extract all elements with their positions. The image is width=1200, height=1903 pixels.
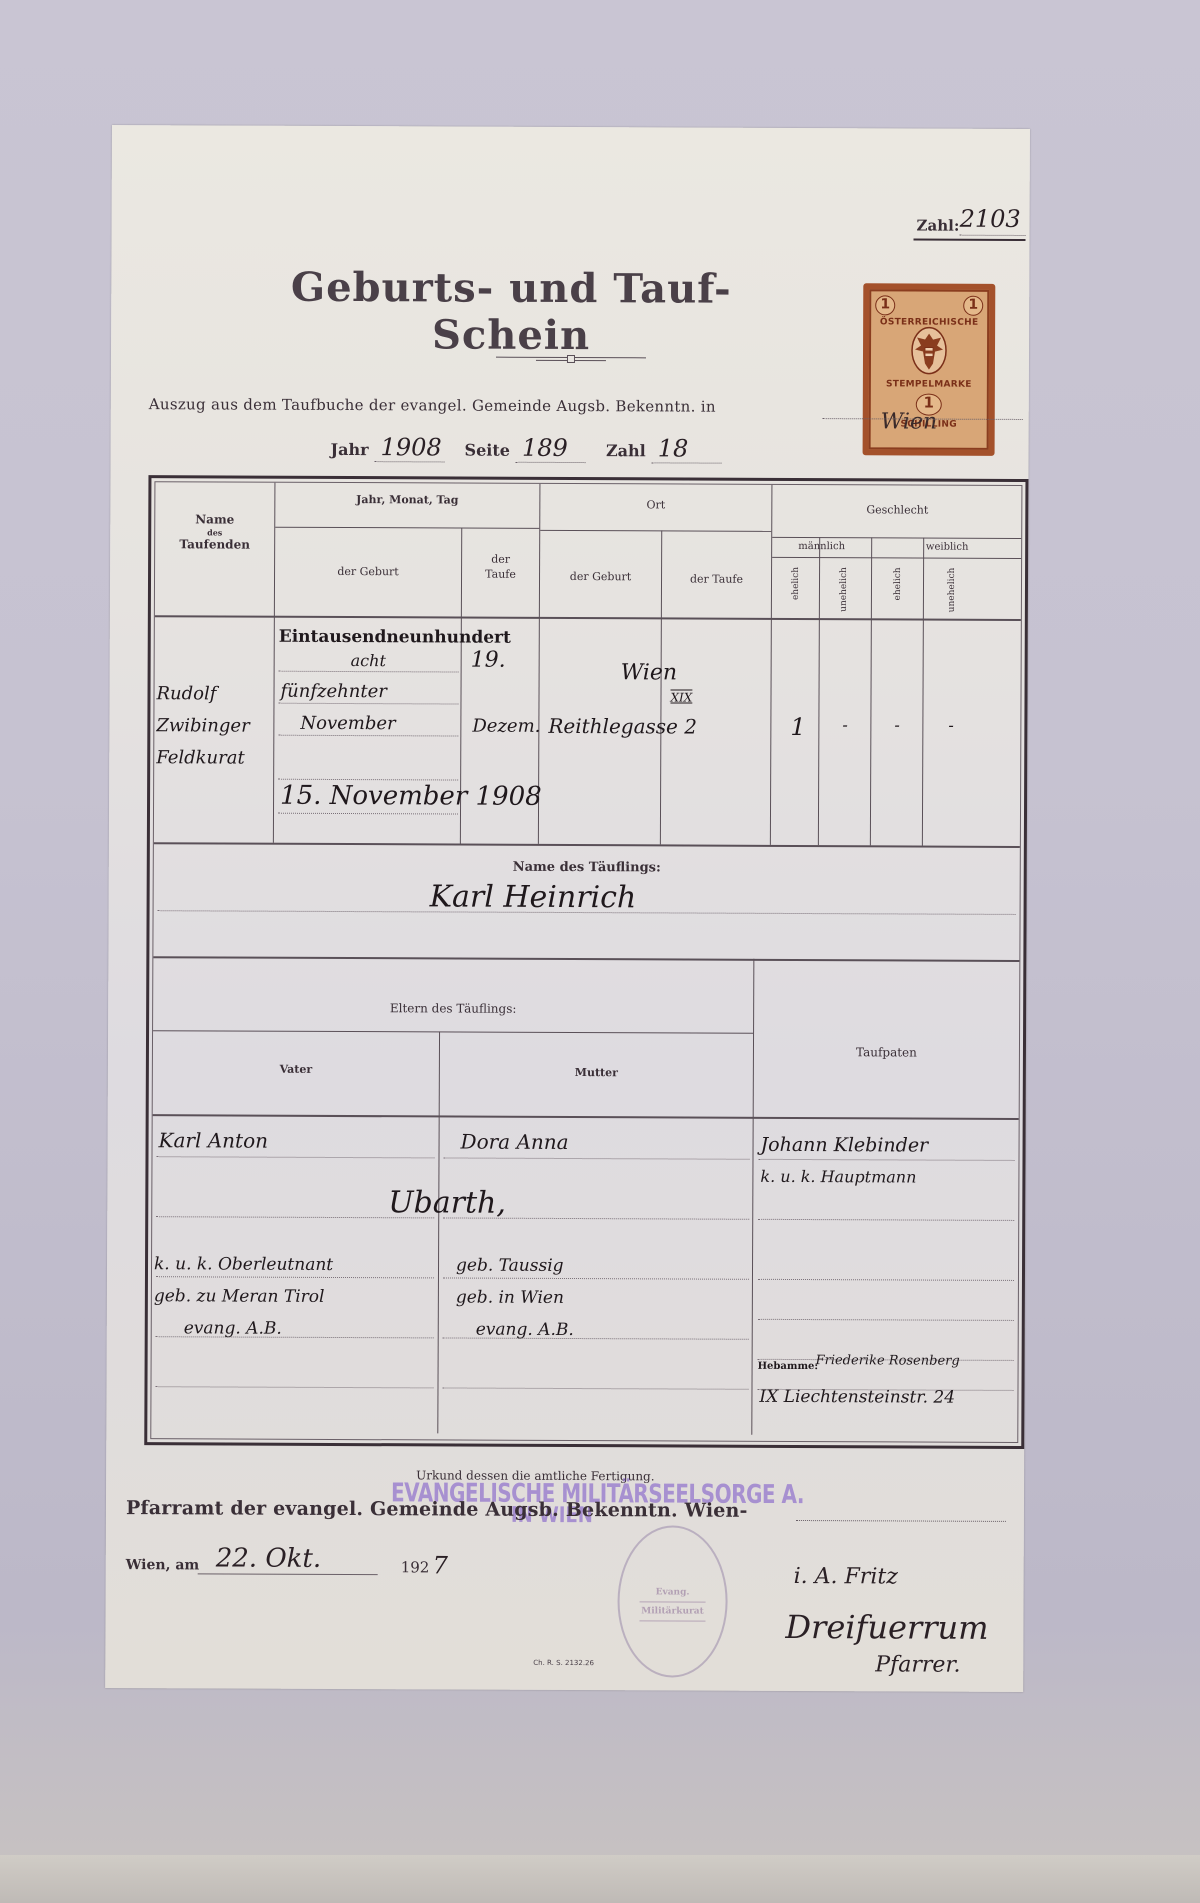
parents-dotted-line (442, 1387, 748, 1389)
stamp-cancellation-handwriting: Wien (881, 409, 938, 434)
birth-baptism-certificate: Zahl: 2103 Geburts- und Tauf-Schein 1 1 … (105, 125, 1030, 1692)
geschlecht-subheader-rule-2 (772, 557, 1021, 559)
signature-title: Pfarrer. (875, 1652, 960, 1677)
document-title: Geburts- und Tauf-Schein (261, 264, 761, 360)
entry-birthplace-street: Reithlegasse 2 (548, 714, 697, 739)
certificate-number-value: 2103 (960, 205, 1021, 233)
frame-mat-bottom (0, 1855, 1200, 1903)
issue-date-line (198, 1573, 378, 1575)
header-place-der-geburt: der Geburt (540, 570, 661, 584)
parents-dotted-line (443, 1157, 749, 1159)
col-divider-weiblich (922, 538, 924, 846)
header-maennlich-unehelich: unehelich (839, 567, 849, 612)
register-reference-row: Jahr 1908 Seite 189 Zahl 18 (331, 433, 722, 464)
mutter-given-names: Dora Anna (461, 1130, 569, 1154)
col-divider-ort (770, 485, 773, 845)
paten-dotted-line (758, 1279, 1014, 1281)
col-divider-maennlich (818, 537, 820, 845)
entry-dotted-line (278, 735, 458, 737)
printer-form-code: Ch. R. S. 2132.26 (533, 1659, 594, 1667)
mutter-label: Mutter (440, 1065, 753, 1079)
paten-dotted-line (758, 1319, 1014, 1321)
col-divider-mutter-paten (751, 959, 754, 1435)
col-divider-vater-mutter (437, 1031, 440, 1433)
hebamme-label: Hebamme: (758, 1361, 819, 1372)
title-ornament-divider (496, 355, 646, 364)
taufpaten-label: Taufpaten (754, 1045, 1019, 1060)
header-bottom-rule (155, 615, 1021, 621)
register-number-label: Zahl (606, 441, 646, 460)
vater-label: Vater (153, 1062, 439, 1076)
entry-bottom-rule (154, 842, 1020, 848)
header-maennlich: männlich (772, 541, 871, 552)
register-year-value: 1908 (375, 433, 445, 462)
hebamme-name: Friederike Rosenberg (816, 1353, 960, 1369)
register-table: Name des Taufenden Jahr, Monat, Tag der … (144, 475, 1028, 1449)
header-date-der-taufe: der Taufe (462, 552, 539, 582)
taeufling-name: Karl Heinrich (430, 879, 637, 915)
header-jahr-monat-tag: Jahr, Monat, Tag (275, 493, 539, 507)
register-number-value: 18 (652, 434, 722, 463)
header-geschlecht: Geschlecht (772, 503, 1022, 517)
register-page-label: Seite (465, 441, 510, 460)
certificate-number-underline (914, 238, 1026, 240)
revenue-stamp: 1 1 ÖSTERREICHISCHE STEMPELMARKE 1 SCHIL… (863, 283, 996, 456)
entry-birth-year-printed: Eintausendneunhundert (279, 627, 511, 648)
entry-baptism-day: 19. (471, 648, 506, 673)
signature-line-1: i. A. Fritz (794, 1564, 898, 1589)
parents-header-bottom-rule (153, 1114, 1019, 1120)
taeufling-bottom-rule (153, 956, 1019, 962)
signature-name: Dreifuerrum (785, 1608, 988, 1647)
issue-year-digit: 7 (433, 1551, 448, 1579)
entry-officiant-name: Rudolf Zwibinger Feldkurat (156, 678, 250, 774)
header-name-des-taufenden: Name des Taufenden (155, 512, 274, 553)
stamp-value-top-right: 1 (963, 296, 983, 316)
place-date-label: Wien, am (126, 1557, 200, 1573)
eltern-subheader-rule (153, 1030, 753, 1034)
header-ort: Ort (540, 498, 771, 512)
entry-birth-year-hand: acht (351, 651, 386, 670)
official-round-seal: Evang. Militärkurat (617, 1525, 728, 1677)
register-page-value: 189 (516, 434, 586, 463)
eltern-label: Eltern des Täuflings: (153, 1000, 753, 1017)
entry-dotted-line (279, 671, 459, 673)
parish-office-line: Pfarramt der evangel. Gemeinde Augsb. Be… (126, 1497, 748, 1522)
header-weiblich-unehelich: unehelich (947, 568, 957, 613)
parish-office-dotted-line (796, 1520, 1006, 1522)
ort-subheader-rule (540, 530, 771, 532)
stamp-line-2: STEMPELMARKE (871, 379, 987, 390)
certificate-number-label: Zahl: (917, 217, 960, 235)
issue-date-value: 22. Okt. (216, 1543, 322, 1573)
date-subheader-rule (275, 527, 539, 529)
excerpt-statement: Auszug aus dem Taufbuche der evangel. Ge… (149, 395, 716, 415)
parents-dotted-line (156, 1156, 434, 1158)
entry-female-illegitimate: - (948, 716, 953, 735)
paten-dotted-line (758, 1219, 1014, 1221)
geschlecht-subheader-rule (772, 537, 1021, 539)
entry-birthplace-city: Wien (621, 660, 678, 685)
header-maennlich-ehelich: ehelich (791, 567, 801, 600)
family-surname: Ubarth, (388, 1185, 506, 1221)
col-divider-geschlecht (870, 537, 872, 845)
entry-baptism-month: Dezem. (472, 716, 540, 737)
entry-birth-day-hand: fünfzehnter (280, 681, 386, 702)
entry-male-legitimate: 1 (790, 713, 805, 741)
entry-dotted-line (278, 813, 458, 815)
header-date-der-geburt: der Geburt (275, 565, 461, 579)
vater-details: k. u. k. Oberleutnant geb. zu Meran Tiro… (154, 1248, 334, 1345)
parents-dotted-line (155, 1386, 433, 1388)
header-weiblich-ehelich: ehelich (893, 567, 903, 600)
taufpaten-details: Johann Klebinder k. u. k. Hauptmann (760, 1129, 928, 1194)
register-year-label: Jahr (331, 440, 369, 459)
header-place-der-taufe: der Taufe (662, 572, 771, 585)
seal-center-text: Evang. Militärkurat (639, 1587, 705, 1621)
taeufling-label: Name des Täuflings: (154, 858, 1020, 877)
certificate-number-dotted-line (960, 235, 1026, 236)
header-weiblich: weiblich (872, 541, 1022, 553)
entry-birth-month-hand: November (300, 713, 395, 734)
entry-birth-date-numeric: 15. November 1908 (280, 781, 542, 812)
entry-female-legitimate: - (894, 715, 899, 734)
hebamme-address: IX Liechtensteinstr. 24 (759, 1387, 955, 1408)
entry-birthplace-district: XIX (670, 690, 692, 704)
mutter-details: geb. Taussig geb. in Wien evang. A.B. (456, 1250, 574, 1347)
entry-male-illegitimate: - (842, 715, 847, 734)
issue-year-printed: 192 (401, 1558, 430, 1576)
austrian-eagle-icon (909, 325, 949, 375)
stamp-value-top-left: 1 (875, 295, 895, 315)
vater-given-names: Karl Anton (159, 1128, 269, 1152)
entry-dotted-line (278, 703, 458, 705)
